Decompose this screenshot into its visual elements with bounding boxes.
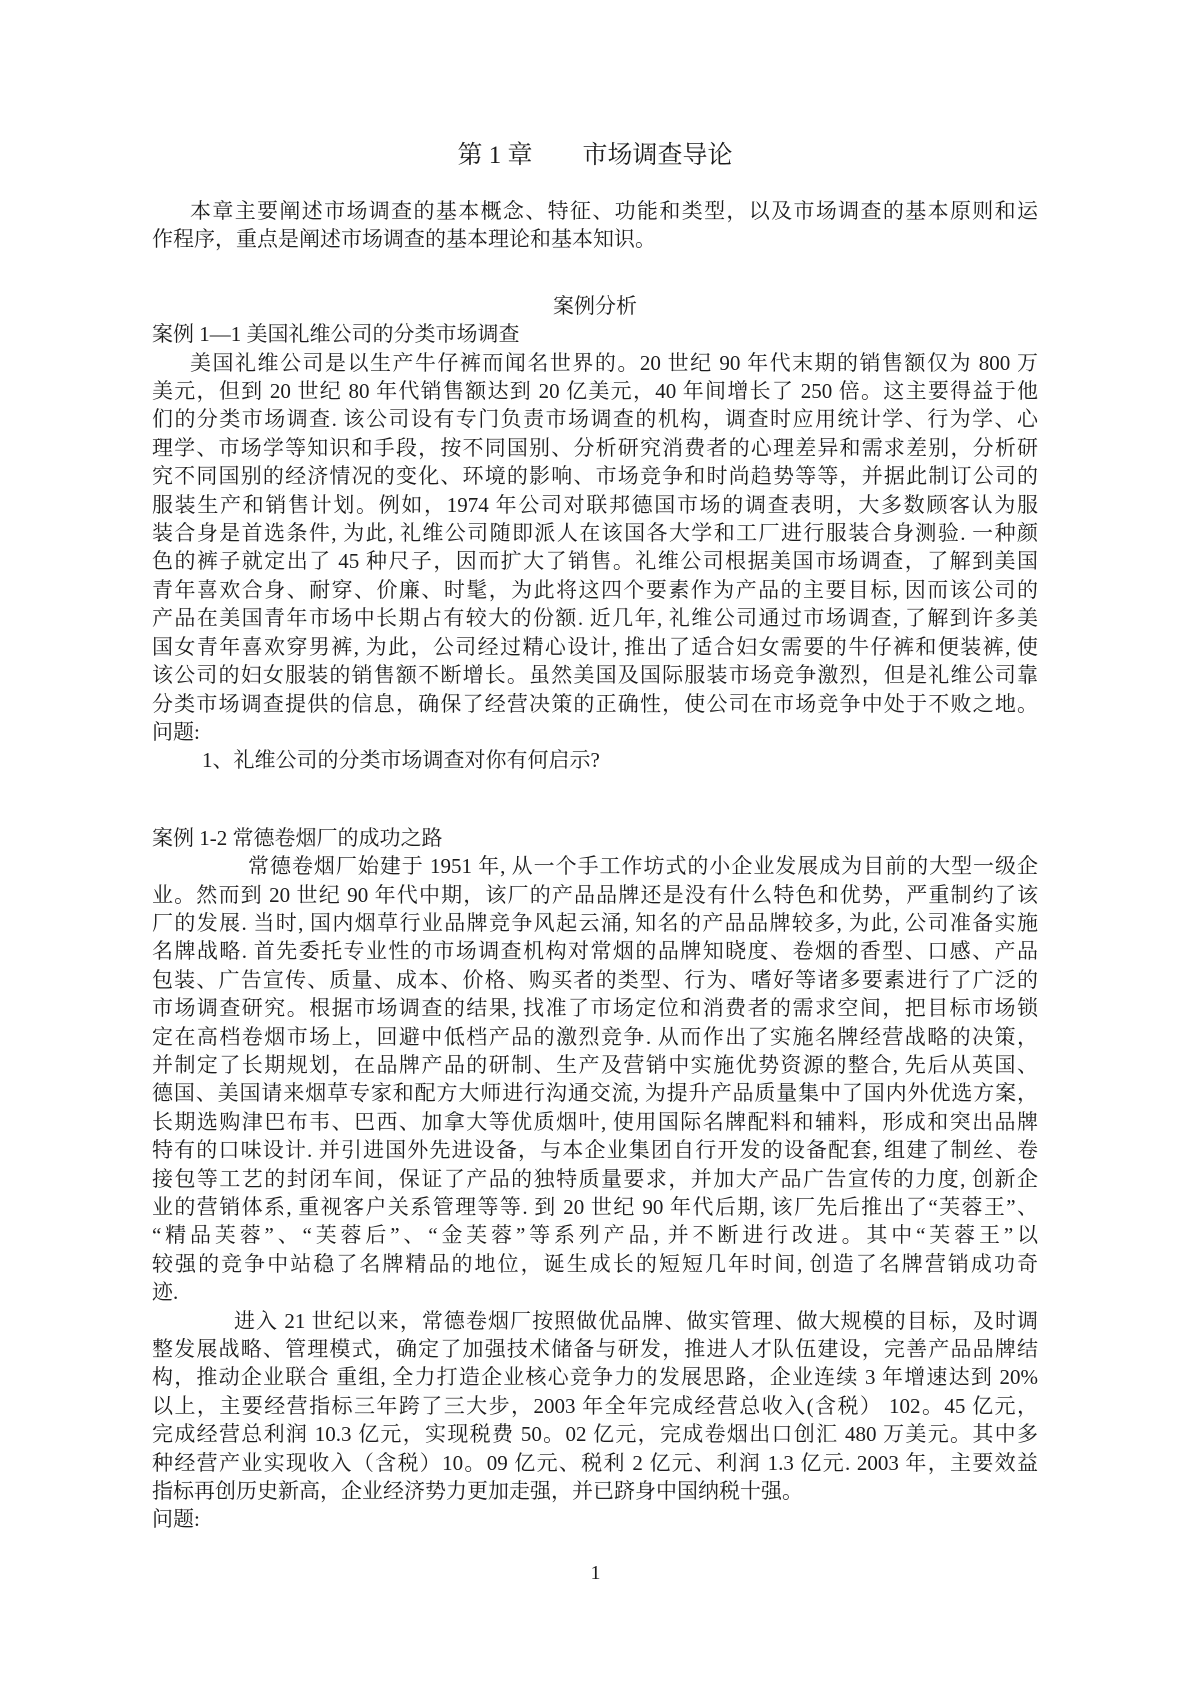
text-line: 产品在美国青年市场中长期占有较大的份额. 近几年, 礼维公司通过市场调查, 了解…	[152, 604, 1038, 632]
case2-para2-last-line: 指标再创历史新高，企业经济势力更加走强，并已跻身中国纳税十强。	[152, 1477, 1038, 1505]
spacer	[152, 172, 1038, 197]
text-line: “精品芙蓉”、“芙蓉后”、“金芙蓉”等系列产品, 并不断进行改进。其中“芙蓉王”…	[152, 1221, 1038, 1249]
intro-last-line: 作程序，重点是阐述市场调查的基本理论和基本知识。	[152, 225, 1038, 253]
text-line: 美国礼维公司是以生产牛仔裤而闻名世界的。20 世纪 90 年代末期的销售额仅为 …	[152, 349, 1038, 377]
text-line: 厂的发展. 当时, 国内烟草行业品牌竞争风起云涌, 知名的产品品牌较多, 为此,…	[152, 909, 1038, 937]
case2-para1-lines: 常德卷烟厂始建于 1951 年, 从一个手工作坊式的小企业发展成为目前的大型一级…	[152, 852, 1038, 1278]
text-line: 整发展战略、管理模式，确定了加强技术储备与研发，推进人才队伍建设，完善产品品牌结	[152, 1335, 1038, 1363]
spacer	[152, 254, 1038, 292]
text-line: 包装、广告宣传、质量、成本、价格、购买者的类型、行为、嗜好等诸多要素进行了广泛的	[152, 966, 1038, 994]
case2-paragraph-2: 进入 21 世纪以来，常德卷烟厂按照做优品牌、做实管理、做大规模的目标，及时调整…	[152, 1307, 1038, 1506]
text-line: 理学、市场学等知识和手段，按不同国别、分析研究消费者的心理差异和需求差别，分析研	[152, 434, 1038, 462]
text-line: 完成经营总利润 10.3 亿元，实现税费 50。02 亿元，完成卷烟出口创汇 4…	[152, 1420, 1038, 1448]
text-line: 长期选购津巴布韦、巴西、加拿大等优质烟叶, 使用国际名牌配料和辅料，形成和突出品…	[152, 1108, 1038, 1136]
text-line: 名牌战略. 首先委托专业性的市场调查机构对常烟的品牌知晓度、卷烟的香型、口感、产…	[152, 937, 1038, 965]
case2-para2-lines: 进入 21 世纪以来，常德卷烟厂按照做优品牌、做实管理、做大规模的目标，及时调整…	[152, 1307, 1038, 1477]
text-line: 色的裤子就定出了 45 种尺子，因而扩大了销售。礼维公司根据美国市场调查，了解到…	[152, 547, 1038, 575]
text-line: 特有的口味设计. 并引进国外先进设备，与本企业集团自行开发的设备配套, 组建了制…	[152, 1136, 1038, 1164]
text-line: 常德卷烟厂始建于 1951 年, 从一个手工作坊式的小企业发展成为目前的大型一级…	[152, 852, 1038, 880]
text-line: 并制定了长期规划，在品牌产品的研制、生产及营销中实施优势资源的整合, 先后从英国…	[152, 1051, 1038, 1079]
case2-heading: 案例 1-2 常德卷烟厂的成功之路	[152, 824, 1038, 852]
text-line: 市场调查研究。根据市场调查的结果, 找准了市场定位和消费者的需求空间，把目标市场…	[152, 994, 1038, 1022]
section-heading: 案例分析	[152, 292, 1038, 320]
page-content: 第 1 章 市场调查导论 本章主要阐述市场调查的基本概念、特征、功能和类型，以及…	[152, 140, 1038, 1534]
case1-body: 美国礼维公司是以生产牛仔裤而闻名世界的。20 世纪 90 年代末期的销售额仅为 …	[152, 349, 1038, 718]
text-line: 业的营销体系, 重视客户关系管理等等. 到 20 世纪 90 年代后期, 该厂先…	[152, 1193, 1038, 1221]
text-line: 定在高档卷烟市场上，回避中低档产品的激烈竞争. 从而作出了实施名牌经营战略的决策…	[152, 1023, 1038, 1051]
case1-heading: 案例 1—1 美国礼维公司的分类市场调查	[152, 320, 1038, 348]
text-line: 以上，主要经营指标三年跨了三大步，2003 年全年完成经营总收入(含税） 102…	[152, 1392, 1038, 1420]
spacer	[152, 775, 1038, 824]
text-line: 青年喜欢合身、耐穿、价廉、时髦，为此将这四个要素作为产品的主要目标, 因而该公司…	[152, 576, 1038, 604]
case1-lines: 美国礼维公司是以生产牛仔裤而闻名世界的。20 世纪 90 年代末期的销售额仅为 …	[152, 349, 1038, 718]
text-line: 服装生产和销售计划。例如，1974 年公司对联邦德国市场的调查表明，大多数顾客认…	[152, 491, 1038, 519]
text-line: 该公司的妇女服装的销售额不断增长。虽然美国及国际服装市场竞争激烈，但是礼维公司靠	[152, 661, 1038, 689]
case2-paragraph-1: 常德卷烟厂始建于 1951 年, 从一个手工作坊式的小企业发展成为目前的大型一级…	[152, 852, 1038, 1307]
text-line: 种经营产业实现收入（含税）10。09 亿元、税利 2 亿元、利润 1.3 亿元.…	[152, 1449, 1038, 1477]
case2-para1-last-line: 迹.	[152, 1278, 1038, 1306]
case1-question: 1、礼维公司的分类市场调查对你有何启示?	[152, 746, 1038, 774]
text-line: 进入 21 世纪以来，常德卷烟厂按照做优品牌、做实管理、做大规模的目标，及时调	[152, 1307, 1038, 1335]
document-page: 第 1 章 市场调查导论 本章主要阐述市场调查的基本概念、特征、功能和类型，以及…	[0, 0, 1191, 1684]
text-line: 本章主要阐述市场调查的基本概念、特征、功能和类型，以及市场调查的基本原则和运	[152, 197, 1038, 225]
chapter-title: 第 1 章 市场调查导论	[152, 140, 1038, 172]
text-line: 分类市场调查提供的信息，确保了经营决策的正确性，使公司在市场竞争中处于不败之地。	[152, 690, 1038, 718]
text-line: 们的分类市场调查. 该公司设有专门负责市场调查的机构，调查时应用统计学、行为学、…	[152, 405, 1038, 433]
page-number: 1	[0, 1560, 1191, 1586]
text-line: 接包等工艺的封闭车间，保证了产品的独特质量要求，并加大产品广告宣传的力度, 创新…	[152, 1165, 1038, 1193]
case1-question-label: 问题:	[152, 718, 1038, 746]
text-line: 究不同国别的经济情况的变化、环境的影响、市场竞争和时尚趋势等等，并据此制订公司的	[152, 462, 1038, 490]
text-line: 德国、美国请来烟草专家和配方大师进行沟通交流, 为提升产品质量集中了国内外优选方…	[152, 1079, 1038, 1107]
text-line: 业。然而到 20 世纪 90 年代中期，该厂的产品品牌还是没有什么特色和优势，严…	[152, 881, 1038, 909]
case2-question-label: 问题:	[152, 1505, 1038, 1533]
text-line: 较强的竞争中站稳了名牌精品的地位，诞生成长的短短几年时间, 创造了名牌营销成功奇	[152, 1250, 1038, 1278]
intro-lines: 本章主要阐述市场调查的基本概念、特征、功能和类型，以及市场调查的基本原则和运	[152, 197, 1038, 225]
intro-paragraph: 本章主要阐述市场调查的基本概念、特征、功能和类型，以及市场调查的基本原则和运 作…	[152, 197, 1038, 254]
text-line: 国女青年喜欢穿男裤, 为此，公司经过精心设计, 推出了适合妇女需要的牛仔裤和便装…	[152, 633, 1038, 661]
text-line: 装合身是首选条件, 为此, 礼维公司随即派人在该国各大学和工厂进行服装合身测验.…	[152, 519, 1038, 547]
text-line: 美元，但到 20 世纪 80 年代销售额达到 20 亿美元，40 年间增长了 2…	[152, 377, 1038, 405]
text-line: 构，推动企业联合 重组, 全力打造企业核心竞争力的发展思路，企业连续 3 年增速…	[152, 1363, 1038, 1391]
